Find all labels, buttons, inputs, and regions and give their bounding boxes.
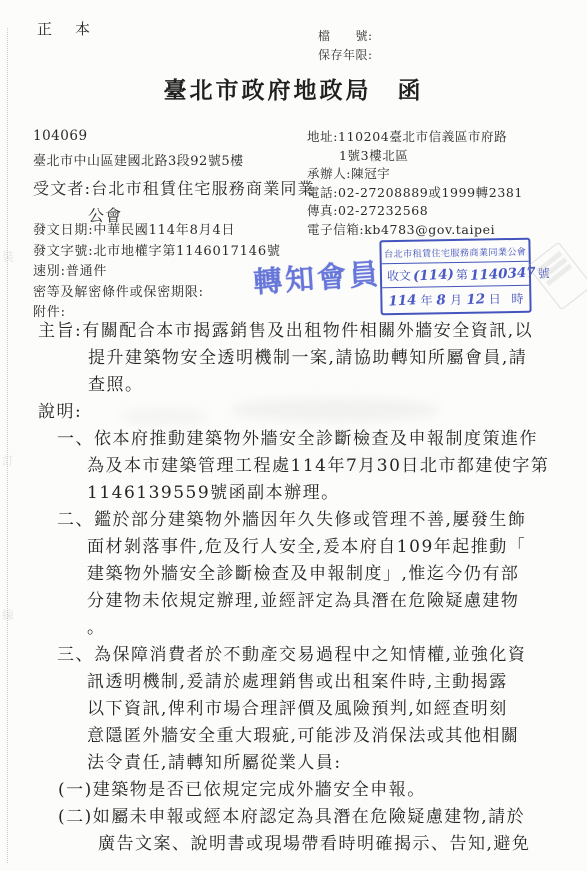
- agency-address-line2: 1號3樓北區: [307, 147, 523, 166]
- letter-body: 主旨:有關配合本市揭露銷售及出租物件相關外牆安全資訊,以提升建築物安全透明機制一…: [38, 318, 567, 858]
- faint-corner-stamp: [527, 242, 587, 311]
- recipient-code: 104069: [33, 128, 315, 144]
- issue-date: 發文日期:中華民國114年8月4日: [33, 221, 281, 242]
- receipt-prefix: 收文: [387, 267, 411, 284]
- recipient-name-line1: 受文者:台北市租賃住宅服務商業同業: [33, 176, 315, 199]
- receipt-stamp-date-row: 114 年 8 月 12 日 時: [382, 286, 529, 314]
- explanation-item-3: 三、為保障消費者於不動產交易過程中之知情權,並強化資訊透明機制,爰請於處理銷售或…: [38, 642, 567, 777]
- delivery-speed: 速別:普通件: [33, 262, 281, 283]
- agency-phone: 電話:02-27208889或1999轉2381: [307, 184, 523, 203]
- receipt-time-label: 時: [511, 290, 523, 307]
- explanation-subitem-2: (二)如屬未申報或經本府認定為具潛在危險疑慮建物,請於廣告文案、說明書或現場帶看…: [38, 804, 567, 858]
- recipient-block: 104069 臺北市中山區建國北路3段92號5樓 受文者:台北市租賃住宅服務商業…: [33, 128, 315, 226]
- copy-type-label: 正 本: [37, 18, 94, 39]
- scanned-official-letter: 裝 訂 線 正 本 檔 號: 保存年限: 臺北市政府地政局 函 104069 臺…: [0, 0, 587, 871]
- receipt-stamp-org: 台北市租賃住宅服務商業同業公會: [381, 240, 528, 265]
- receipt-no-label: 第: [456, 266, 468, 283]
- binding-mark-xian: 線: [2, 606, 14, 623]
- receipt-number-handwritten: 1140347: [470, 264, 537, 283]
- receipt-stamp-box: 台北市租賃住宅服務商業同業公會 收文 (114) 第 1140347 號 114…: [379, 238, 531, 316]
- explanation-item-2: 二、鑑於部分建築物外牆因年久失修或管理不善,屢發生飾面材剝落事件,危及行人安全,…: [38, 507, 567, 642]
- receipt-month-label: 月: [450, 291, 462, 308]
- explanation-label: 說明:: [38, 399, 567, 426]
- receipt-year-handwritten: (114): [413, 266, 455, 284]
- document-title: 臺北市政府地政局 函: [0, 72, 587, 105]
- recipient-address: 臺北市中山區建國北路3段92號5樓: [33, 150, 315, 169]
- agency-fax: 傳真:02-27232568: [307, 202, 523, 221]
- binding-mark-ding: 訂: [2, 452, 14, 469]
- binding-mark-zhuang: 裝: [2, 248, 14, 265]
- receipt-stamp-number-row: 收文 (114) 第 1140347 號: [382, 262, 529, 289]
- dispatch-meta-block: 發文日期:中華民國114年8月4日 發文字號:北市地權字第1146017146號…: [33, 221, 281, 324]
- receipt-day-label: 日: [489, 290, 501, 307]
- explanation-subitem-1: (一)建築物是否已依規定完成外牆安全申報。: [38, 777, 567, 804]
- receipt-date-day: 12: [466, 291, 486, 308]
- receipt-date-year: 114: [388, 292, 417, 309]
- agency-email: 電子信箱:kb4783@gov.taipei: [307, 221, 523, 240]
- retention-period-label: 保存年限:: [318, 46, 373, 65]
- subject-paragraph: 主旨:有關配合本市揭露銷售及出租物件相關外牆安全資訊,以提升建築物安全透明機制一…: [38, 318, 567, 399]
- explanation-item-1: 一、依本府推動建築物外牆安全診斷檢查及申報制度策進作為及本市建築管理工程處114…: [38, 426, 567, 507]
- security-classification: 密等及解密條件或保密期限:: [33, 283, 281, 304]
- receipt-date-month: 8: [436, 292, 446, 308]
- agency-contact-person: 承辦人:陳冠宇: [307, 165, 523, 184]
- binding-dotted-line: [7, 28, 8, 863]
- file-number-block: 檔 號: 保存年限:: [318, 27, 373, 65]
- file-number-label: 檔 號:: [318, 27, 373, 46]
- agency-address-line1: 地址:110204臺北市信義區市府路: [307, 128, 523, 147]
- doc-number: 發文字號:北市地權字第1146017146號: [33, 242, 281, 263]
- handwritten-note-stamp: 轉知會員: [252, 252, 383, 302]
- agency-contact-block: 地址:110204臺北市信義區市府路 1號3樓北區 承辦人:陳冠宇 電話:02-…: [307, 128, 523, 239]
- receipt-year-label: 年: [420, 291, 432, 308]
